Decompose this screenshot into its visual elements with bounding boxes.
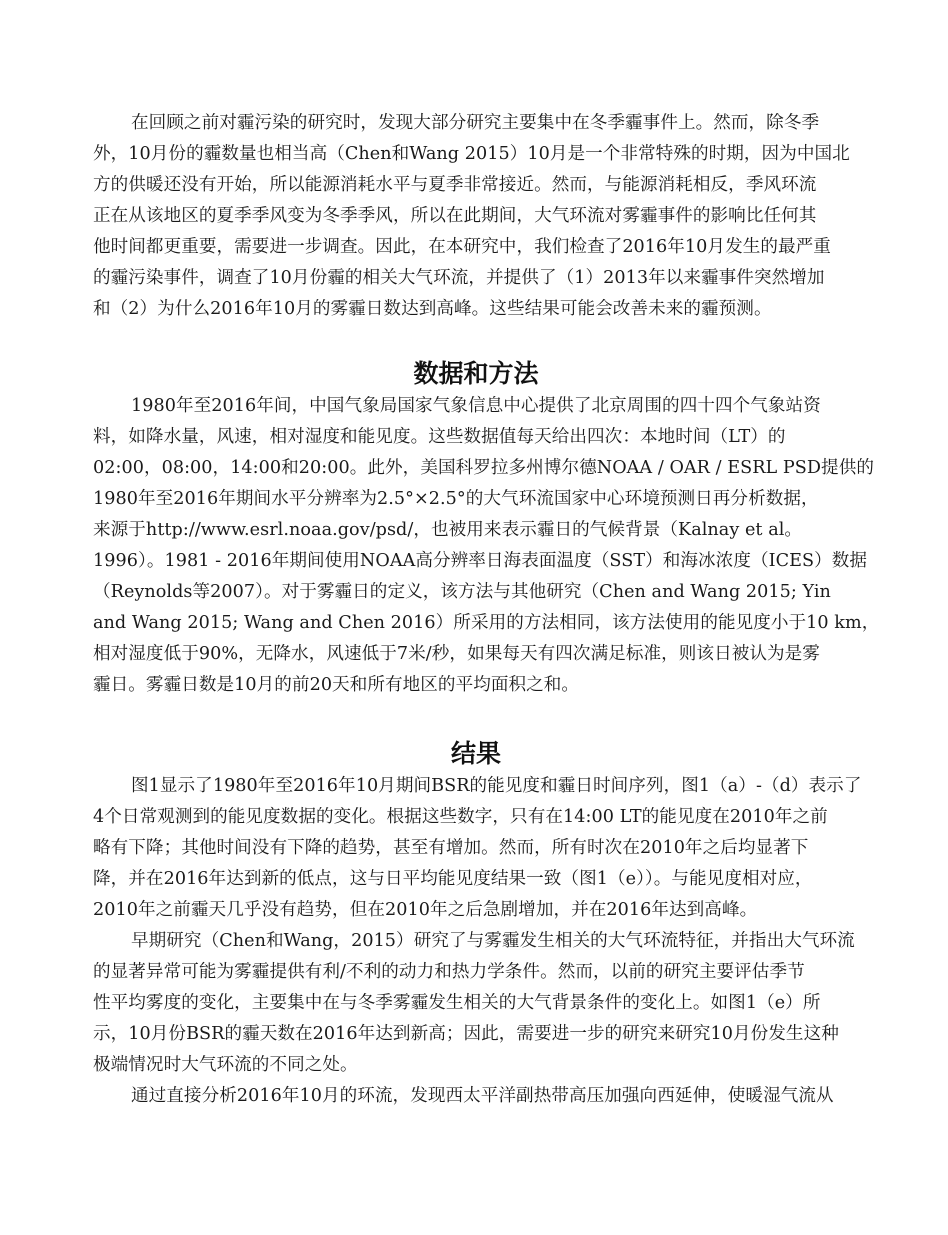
text-line: 1980年至2016年期间水平分辨率为2.5°×2.5°的大气环流国家中心环境预… — [93, 484, 819, 515]
text-line: 他时间都更重要，需要进一步调查。因此，在本研究中，我们检查了2016年10月发生… — [93, 232, 831, 263]
text-line: 通过直接分析2016年10月的环流，发现西太平洋副热带高压加强向西延伸，使暖湿气… — [131, 1081, 834, 1112]
text-line: 1980年至2016年间，中国气象局国家气象信息中心提供了北京周围的四十四个气象… — [131, 391, 821, 422]
text-line: 1996）。1981 - 2016年期间使用NOAA高分辨率日海表面温度（SST… — [93, 546, 867, 577]
text-line: 示，10月份BSR的霾天数在2016年达到新高；因此，需要进一步的研究来研究10… — [93, 1019, 839, 1050]
text-line: 和（2）为什么2016年10月的雾霾日数达到高峰。这些结果可能会改善未来的霾预测… — [93, 294, 772, 325]
text-line: 2010年之前霾天几乎没有趋势，但在2010年之后急剧增加，并在2016年达到高… — [93, 895, 757, 926]
text-line: and Wang 2015; Wang and Chen 2016）所采用的方法… — [93, 608, 879, 639]
text-line: 相对湿度低于90%，无降水，风速低于7米/秒，如果每天有四次满足标准，则该日被认… — [93, 639, 820, 670]
section-heading-results: 结果 — [93, 736, 859, 772]
text-line: 略有下降；其他时间没有下降的趋势，甚至有增加。然而，所有时次在2010年之后均显… — [93, 833, 808, 864]
text-line: 性平均雾度的变化，主要集中在与冬季雾霾发生相关的大气背景条件的变化上。如图1（e… — [93, 988, 820, 1019]
text-line: 料，如降水量，风速，相对湿度和能见度。这些数据值每天给出四次：本地时间（LT）的 — [93, 422, 786, 453]
text-line: 在回顾之前对霾污染的研究时，发现大部分研究主要集中在冬季霾事件上。然而，除冬季 — [131, 108, 819, 139]
text-line: 方的供暖还没有开始，所以能源消耗水平与夏季非常接近。然而，与能源消耗相反，季风环… — [93, 170, 816, 201]
text-line: 图1显示了1980年至2016年10月期间BSR的能见度和霾日时间序列，图1（a… — [131, 771, 861, 802]
text-line: 来源于http://www.esrl.noaa.gov/psd/，也被用来表示霾… — [93, 515, 802, 546]
text-line: 霾日。雾霾日数是10月的前20天和所有地区的平均面积之和。 — [93, 670, 579, 701]
section-heading-methods: 数据和方法 — [93, 356, 859, 392]
text-line: 外，10月份的霾数量也相当高（Chen和Wang 2015）10月是一个非常特殊… — [93, 139, 850, 170]
text-line: 的霾污染事件，调查了10月份霾的相关大气环流，并提供了（1）2013年以来霾事件… — [93, 263, 825, 294]
text-line: 早期研究（Chen和Wang，2015）研究了与雾霾发生相关的大气环流特征，并指… — [131, 926, 855, 957]
text-line: 的显著异常可能为雾霾提供有利/不利的动力和热力学条件。然而，以前的研究主要评估季… — [93, 957, 805, 988]
text-line: 降，并在2016年达到新的低点，这与日平均能见度结果一致（图1（e））。与能见度… — [93, 864, 813, 895]
text-line: 极端情况时大气环流的不同之处。 — [93, 1050, 358, 1081]
text-line: （Reynolds等2007）。对于雾霾日的定义，该方法与其他研究（Chen a… — [93, 577, 831, 608]
text-line: 4个日常观测到的能见度数据的变化。根据这些数字，只有在14:00 LT的能见度在… — [93, 802, 828, 833]
text-line: 正在从该地区的夏季季风变为冬季季风，所以在此期间，大气环流对雾霾事件的影响比任何… — [93, 201, 816, 232]
text-line: 02:00，08:00，14:00和20:00。此外，美国科罗拉多州博尔德NOA… — [93, 453, 874, 484]
